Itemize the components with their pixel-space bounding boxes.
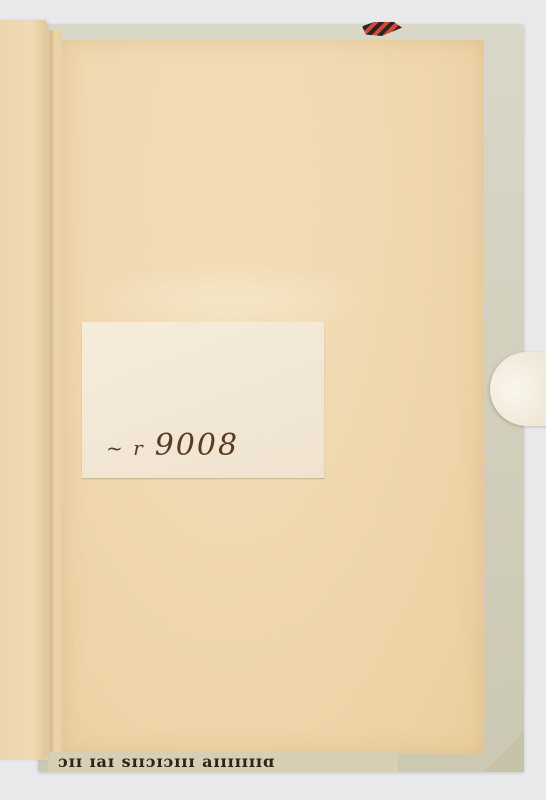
handwritten-shelfmark: ~ r9008 (106, 428, 239, 463)
cover-corner-fold (484, 732, 524, 772)
shelfmark-prefix: ~ r (106, 436, 145, 460)
flyleaf-edge (0, 20, 46, 760)
blackletter-text: ɔɪɪ ɪaɪ sɪɪɔɪɔɪɪɪ aɪɪɪɪɪɪɪɑ (58, 752, 275, 771)
shelfmark-number: 9008 (155, 428, 239, 463)
book-photo: ~ r9008 ɔɪɪ ɪaɪ sɪɪɔɪɔɪɪɪ aɪɪɪɪɪɪɪɑ (0, 0, 546, 800)
printed-waste-strip: ɔɪɪ ɪaɪ sɪɪɔɪɔɪɪɪ aɪɪɪɪɪɪɪɑ (48, 752, 398, 772)
